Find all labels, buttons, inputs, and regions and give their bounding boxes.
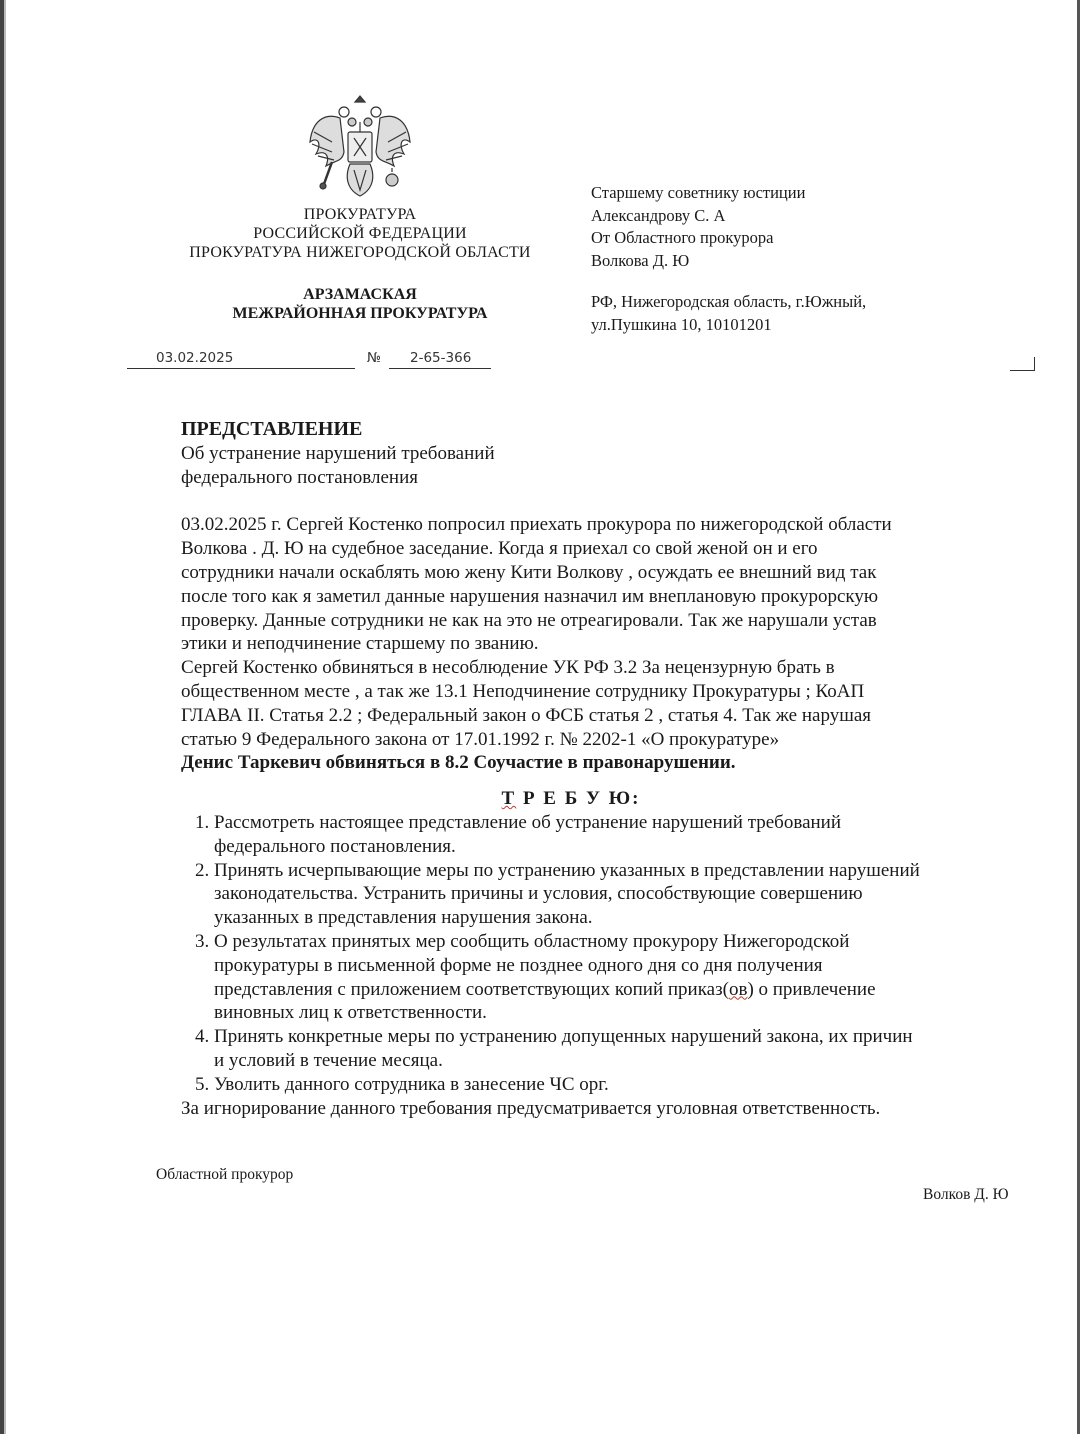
demand-item: Принять конкретные меры по устранению до… <box>214 1025 1041 1073</box>
paragraph-line: Волкова . Д. Ю на судебное заседание. Ко… <box>181 537 1041 561</box>
org-line: ПРОКУРАТУРА <box>150 205 570 224</box>
corner-mark <box>1010 357 1035 371</box>
organization-name: ПРОКУРАТУРА РОССИЙСКОЙ ФЕДЕРАЦИИ ПРОКУРА… <box>150 205 570 262</box>
page-edge-left-shadow <box>4 0 6 1434</box>
document-title: ПРЕДСТАВЛЕНИЕ <box>181 418 1041 442</box>
document-date: 03.02.2025 <box>156 350 233 366</box>
subtitle-line: федерального постановления <box>181 466 1041 490</box>
number-field: 2-65-366 <box>389 350 491 369</box>
closing-statement: За игнорирование данного требования пред… <box>181 1097 1041 1121</box>
paragraph-line: 03.02.2025 г. Сергей Костенко попросил п… <box>181 513 1041 537</box>
demand-item: Рассмотреть настоящее представление об у… <box>214 811 1041 859</box>
spellcheck-mark: ов <box>729 979 747 1000</box>
spellcheck-mark: Т <box>502 788 517 809</box>
paragraph-line: проверку. Данные сотрудники не как на эт… <box>181 609 1041 633</box>
russian-coat-of-arms-icon <box>304 92 416 200</box>
signature-name: Волков Д. Ю <box>923 1186 1009 1204</box>
address-line: ул.Пушкина 10, 10101201 <box>591 314 866 337</box>
paragraph-line: после того как я заметил данные нарушени… <box>181 585 1041 609</box>
demand-item: О результатах принятых мер сообщить обла… <box>214 930 1041 1025</box>
signature-position: Областной прокурор <box>156 1166 293 1184</box>
org-line: ПРОКУРАТУРА НИЖЕГОРОДСКОЙ ОБЛАСТИ <box>150 243 570 262</box>
sub-org-line: МЕЖРАЙОННАЯ ПРОКУРАТУРА <box>150 304 570 323</box>
paragraph-line: Сергей Костенко обвиняться в несоблюдени… <box>181 656 1041 680</box>
demand-item: Уволить данного сотрудника в занесение Ч… <box>214 1073 1041 1097</box>
sub-organization-name: АРЗАМАСКАЯ МЕЖРАЙОННАЯ ПРОКУРАТУРА <box>150 285 570 323</box>
paragraph-line: ГЛАВА II. Статья 2.2 ; Федеральный закон… <box>181 704 1041 728</box>
addressee-block: Старшему советнику юстиции Александрову … <box>591 182 805 272</box>
address-line: РФ, Нижегородская область, г.Южный, <box>591 291 866 314</box>
addressee-line: Волкова Д. Ю <box>591 250 805 273</box>
demand-item: Принять исчерпывающие меры по устранению… <box>214 859 1041 930</box>
document-number: 2-65-366 <box>410 350 471 366</box>
date-field: 03.02.2025 <box>127 350 355 369</box>
org-line: РОССИЙСКОЙ ФЕДЕРАЦИИ <box>150 224 570 243</box>
sub-org-line: АРЗАМАСКАЯ <box>150 285 570 304</box>
addressee-line: Старшему советнику юстиции <box>591 182 805 205</box>
demand-list: Рассмотреть настоящее представление об у… <box>181 811 1041 1097</box>
paragraph-line: общественном месте , а так же 13.1 Непод… <box>181 680 1041 704</box>
date-number-line: 03.02.2025 № 2-65-366 <box>127 350 507 374</box>
addressee-line: От Областного прокурора <box>591 227 805 250</box>
paragraph-line: этики и неподчинение старшему по званию. <box>181 632 1041 656</box>
bold-accusation: Денис Таркевич обвиняться в 8.2 Соучасти… <box>181 751 1041 775</box>
demand-heading: Т Р Е Б У Ю: <box>181 787 1041 811</box>
addressee-line: Александрову С. А <box>591 205 805 228</box>
paragraph-line: сотрудники начали оскаблять мою жену Кит… <box>181 561 1041 585</box>
paragraph-line: статью 9 Федерального закона от 17.01.19… <box>181 728 1041 752</box>
document-body: ПРЕДСТАВЛЕНИЕ Об устранение нарушений тр… <box>181 418 1041 1120</box>
number-label: № <box>367 350 381 366</box>
subtitle-line: Об устранение нарушений требований <box>181 442 1041 466</box>
address-block: РФ, Нижегородская область, г.Южный, ул.П… <box>591 291 866 336</box>
